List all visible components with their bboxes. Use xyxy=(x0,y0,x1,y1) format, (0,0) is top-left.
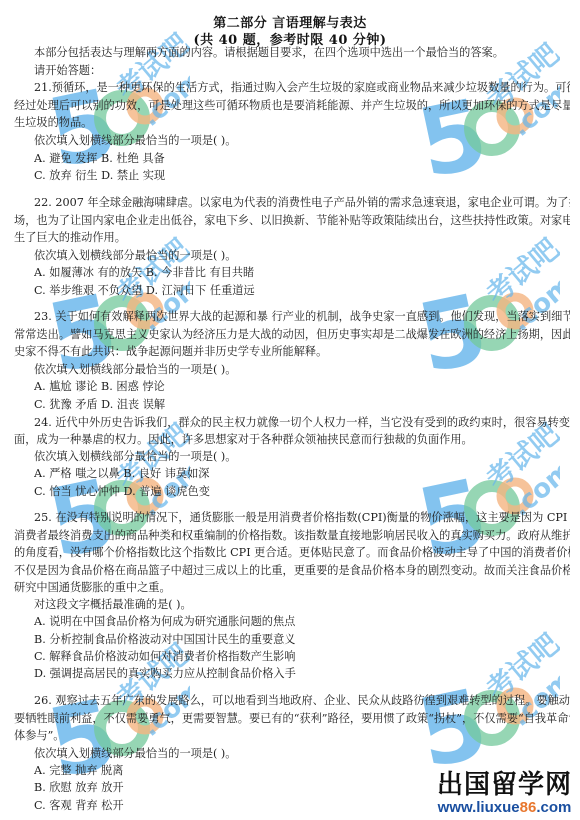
question-text: 体参与”。 xyxy=(14,727,570,744)
answer-option: C. 客观 背弃 松开 xyxy=(34,797,570,814)
exam-page: 5 考试吧 .com 5 考试吧 .com 5 考试吧 .com 5 考 xyxy=(0,0,580,820)
answer-options: A. 避免 发挥 B. 杜绝 具备 xyxy=(34,150,570,167)
question-text: 常常迭出。譬如马克思主义史家认为经济压力是大战的动因，但历史事实却是二战爆发在欧… xyxy=(14,326,570,343)
start-prompt: 请开始答题： xyxy=(34,62,570,79)
answer-options: C. 恰当 忧心忡忡 D. 普遍 谈虎色变 xyxy=(34,483,570,500)
answer-options: A. 如履薄冰 有的放矢 B. 今非昔比 有目共睹 xyxy=(34,264,570,281)
question-text: 23. 关于如何有效解释两次世界大战的起源和暴 行产业的机制，战争史家一直感到。… xyxy=(34,308,570,325)
question-prompt: 依次填入划横线部分最恰当的一项是( )。 xyxy=(34,132,570,149)
answer-options: C. 犹豫 矛盾 D. 沮丧 误解 xyxy=(34,396,570,413)
answer-option: A. 说明在中国食品价格为何成为研究通胀问题的焦点 xyxy=(34,613,570,630)
question-text: 22. 2007 年全球金融海啸肆虐。以家电为代表的消费性电子产品外销的需求急速… xyxy=(34,194,570,211)
question-text: 21.预循环，是一种更环保的生活方式，指通过购入会产生垃圾的家庭或商业物品来减少… xyxy=(34,79,570,96)
question-prompt: 依次填入划横线部分最恰当的一项是( )。 xyxy=(34,361,570,378)
question-text: 生垃圾的物品。 xyxy=(14,114,570,131)
answer-option: D. 强调提高居民的真实购买力应从控制食品价格入手 xyxy=(34,665,570,682)
intro-text: 本部分包括表达与理解两方面的内容。请根据题目要求，在四个选项中选出一个最恰当的答… xyxy=(34,44,570,61)
question-prompt: 依次填入划横线部分最恰当的一项是( )。 xyxy=(34,448,570,465)
question-text: 的角度看，没有哪个价格指数比这个指数比 CPI 更合适。更体贴民意了。而食品价格… xyxy=(14,544,570,561)
question-text: 26. 观察过去五年广东的发展路么，可以地看到当地政府、企业、民众从歧路彷徨到艰… xyxy=(34,692,570,709)
question-text: 生了巨大的推动作用。 xyxy=(14,229,570,246)
question-prompt: 依次填入划横线部分最恰当的一项是( )。 xyxy=(34,247,570,264)
question-text: 不仅是因为食品价格在商品篮子中超过三成以上的比重，更重要的是食品价格本身的剧烈变… xyxy=(14,562,570,579)
answer-option: C. 解释食品价格波动如何对消费者价格指数产生影响 xyxy=(34,648,570,665)
question-text: 消费者最终消费支出的商品种类和权重编制的价格指数。该指数量直接地影响居民收入的真… xyxy=(14,527,570,544)
question-text: 24. 近代中外历史告诉我们，群众的民主权力就像一切个人权力一样，当它没有受到的… xyxy=(34,414,570,431)
answer-option: A. 完整 抛弃 脱离 xyxy=(34,762,570,779)
question-text: 研究中国通货膨胀的重中之重。 xyxy=(14,579,570,596)
question-text: 史家不得不有此共识：战争起源问题并非历史学专业所能解释。 xyxy=(14,343,570,360)
question-prompt: 对这段文字概括最准确的是( )。 xyxy=(34,596,570,613)
question-text: 场，也为了让国内家电企业走出低谷，家电下乡、以旧换新、节能补贴等政策陆续出台，这… xyxy=(14,212,570,229)
answer-options: C. 放弃 衍生 D. 禁止 实现 xyxy=(34,167,570,184)
answer-option: B. 欣慰 放弃 放开 xyxy=(34,779,570,796)
question-prompt: 依次填入划横线部分最恰当的一项是( )。 xyxy=(34,745,570,762)
question-text: 25. 在没有特别说明的情况下，通货膨胀一般是用消费者价格指数(CPI)衡量的物… xyxy=(34,509,570,526)
question-text: 经过处理后可以别的功效，可是处理这些可循环物质也是要消耗能源、并产生垃圾的，所以… xyxy=(14,97,570,114)
answer-options: A. 严格 嗤之以鼻 B. 良好 讳莫如深 xyxy=(34,465,570,482)
answer-option: B. 分析控制食品价格波动对中国国计民生的重要意义 xyxy=(34,631,570,648)
answer-options: C. 举步维艰 不负众望 D. 江河日下 任重道远 xyxy=(34,282,570,299)
question-text: 面，成为一种暴虐的权力。因此，许多思想家对于各种群众领袖挟民意而行独裁的负面作用… xyxy=(14,431,570,448)
question-text: 要牺牲眼前利益，不仅需要勇气，更需要智慧。要已有的“获利”路径，要用惯了政策“拐… xyxy=(14,710,570,727)
answer-options: A. 尴尬 谬论 B. 困惑 悖论 xyxy=(34,378,570,395)
